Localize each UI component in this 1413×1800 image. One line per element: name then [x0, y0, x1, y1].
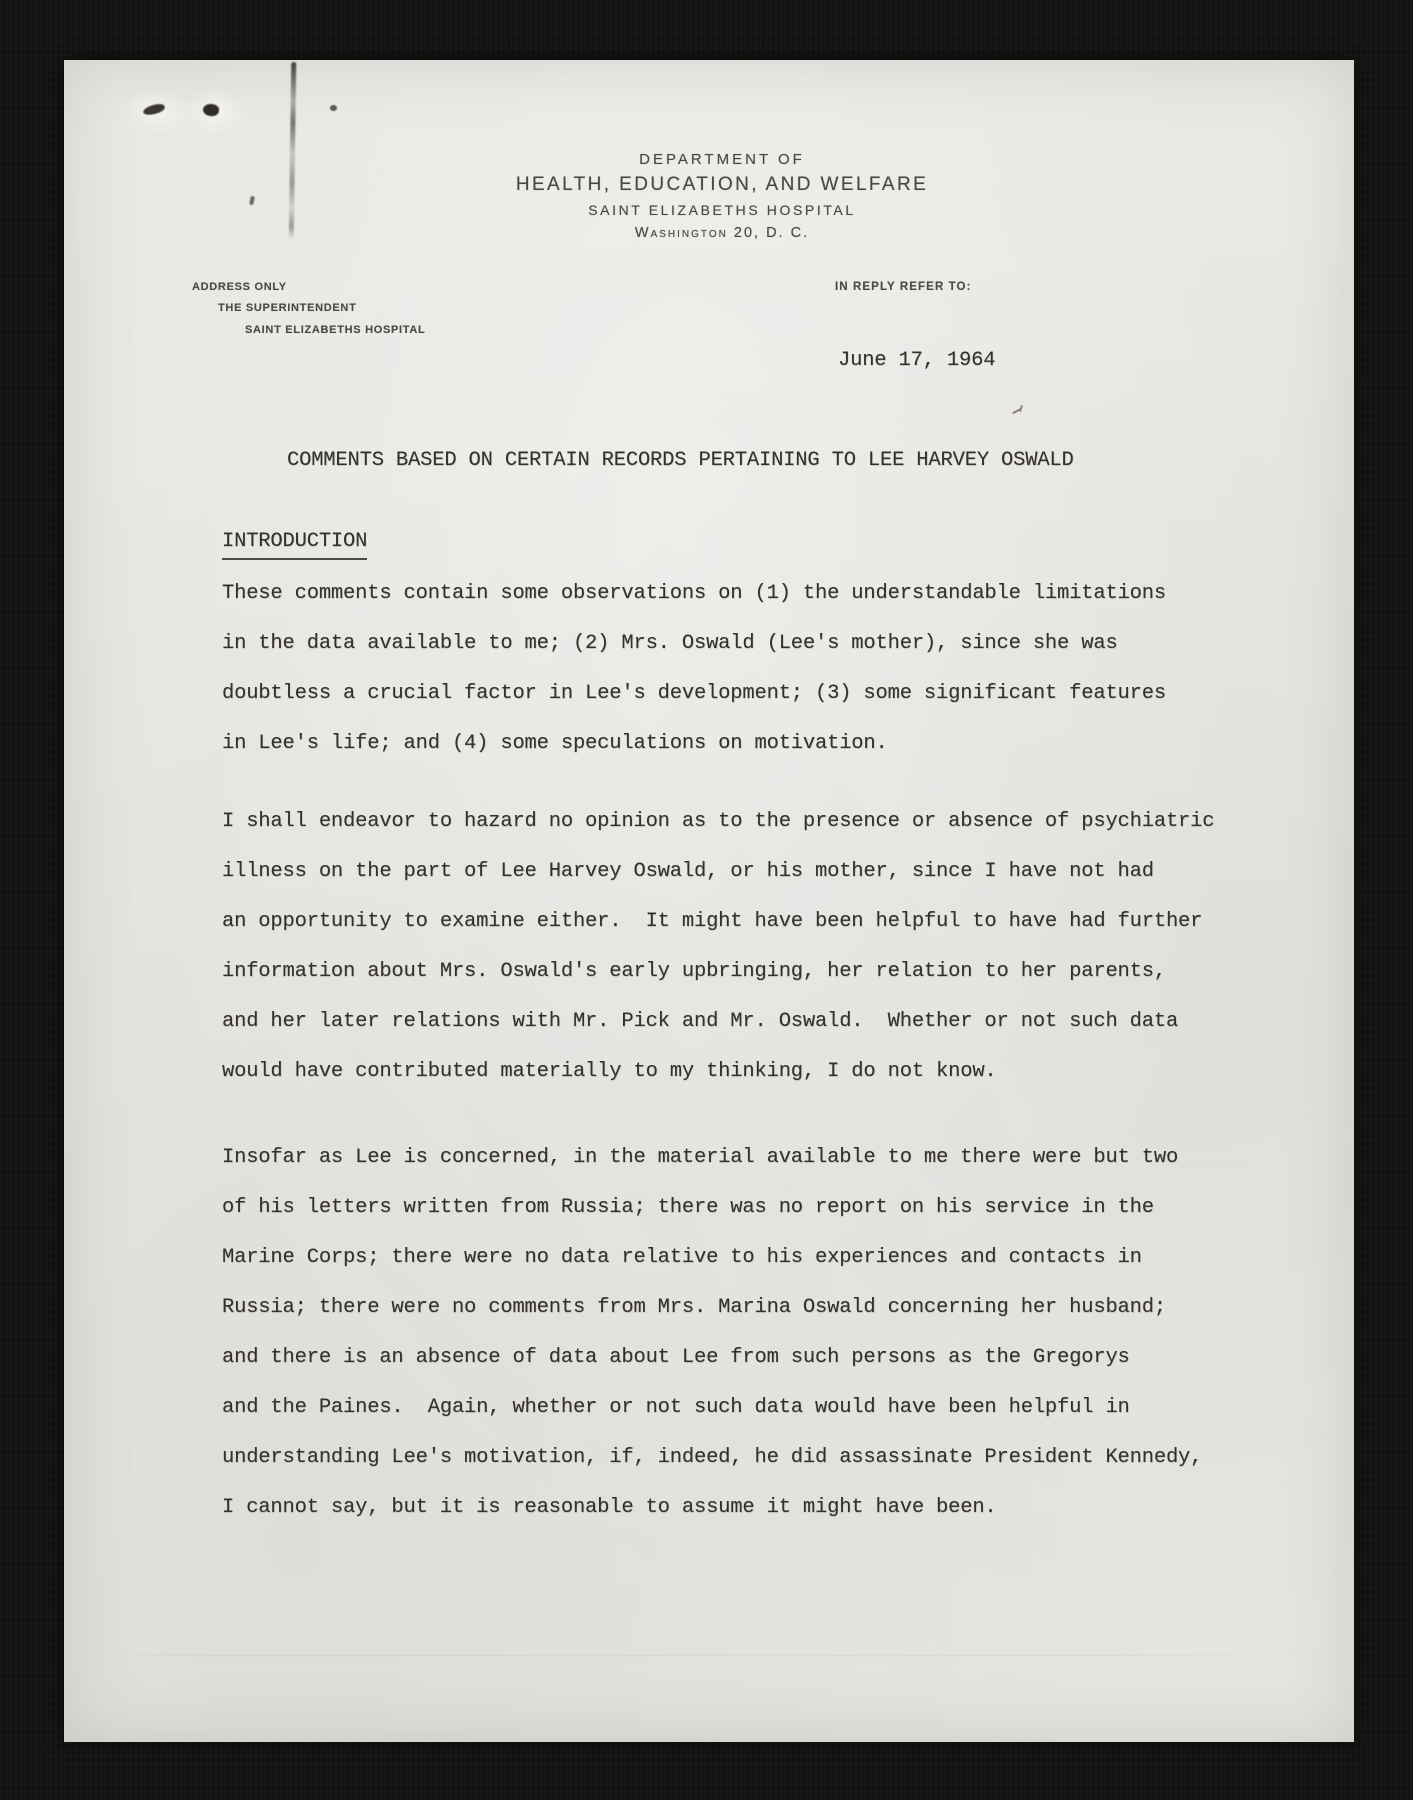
letterhead-institution: SAINT ELIZABETHS HOSPITAL — [588, 202, 856, 218]
superintendent-line: THE SUPERINTENDENT — [218, 302, 357, 314]
scan-background: { "letterhead": { "department_line": "DE… — [0, 0, 1413, 1800]
ink-speck — [249, 196, 255, 206]
ink-speck — [330, 105, 337, 111]
paragraph-2: I shall endeavor to hazard no opinion as… — [222, 797, 1214, 1097]
paper-sheet: DEPARTMENT OF HEALTH, EDUCATION, AND WEL… — [64, 60, 1354, 1742]
letterhead-department: DEPARTMENT OF — [639, 151, 805, 168]
pen-mark — [1012, 403, 1026, 415]
date-line: June 17, 1964 — [838, 350, 995, 373]
reply-refer-label: IN REPLY REFER TO: — [835, 281, 972, 293]
address-only-line: ADDRESS ONLY — [192, 281, 287, 293]
ink-streak — [289, 62, 296, 240]
document-title: COMMENTS BASED ON CERTAIN RECORDS PERTAI… — [287, 450, 1074, 473]
section-heading-introduction: INTRODUCTION — [222, 531, 367, 560]
hospital-line: SAINT ELIZABETHS HOSPITAL — [245, 324, 425, 336]
letterhead-agency: HEALTH, EDUCATION, AND WELFARE — [516, 174, 928, 196]
paragraph-3: Insofar as Lee is concerned, in the mate… — [222, 1133, 1202, 1533]
paper-crease — [84, 1655, 1324, 1656]
paragraph-1: These comments contain some observations… — [222, 569, 1166, 769]
letterhead-city: Washington 20, D. C. — [635, 225, 809, 241]
